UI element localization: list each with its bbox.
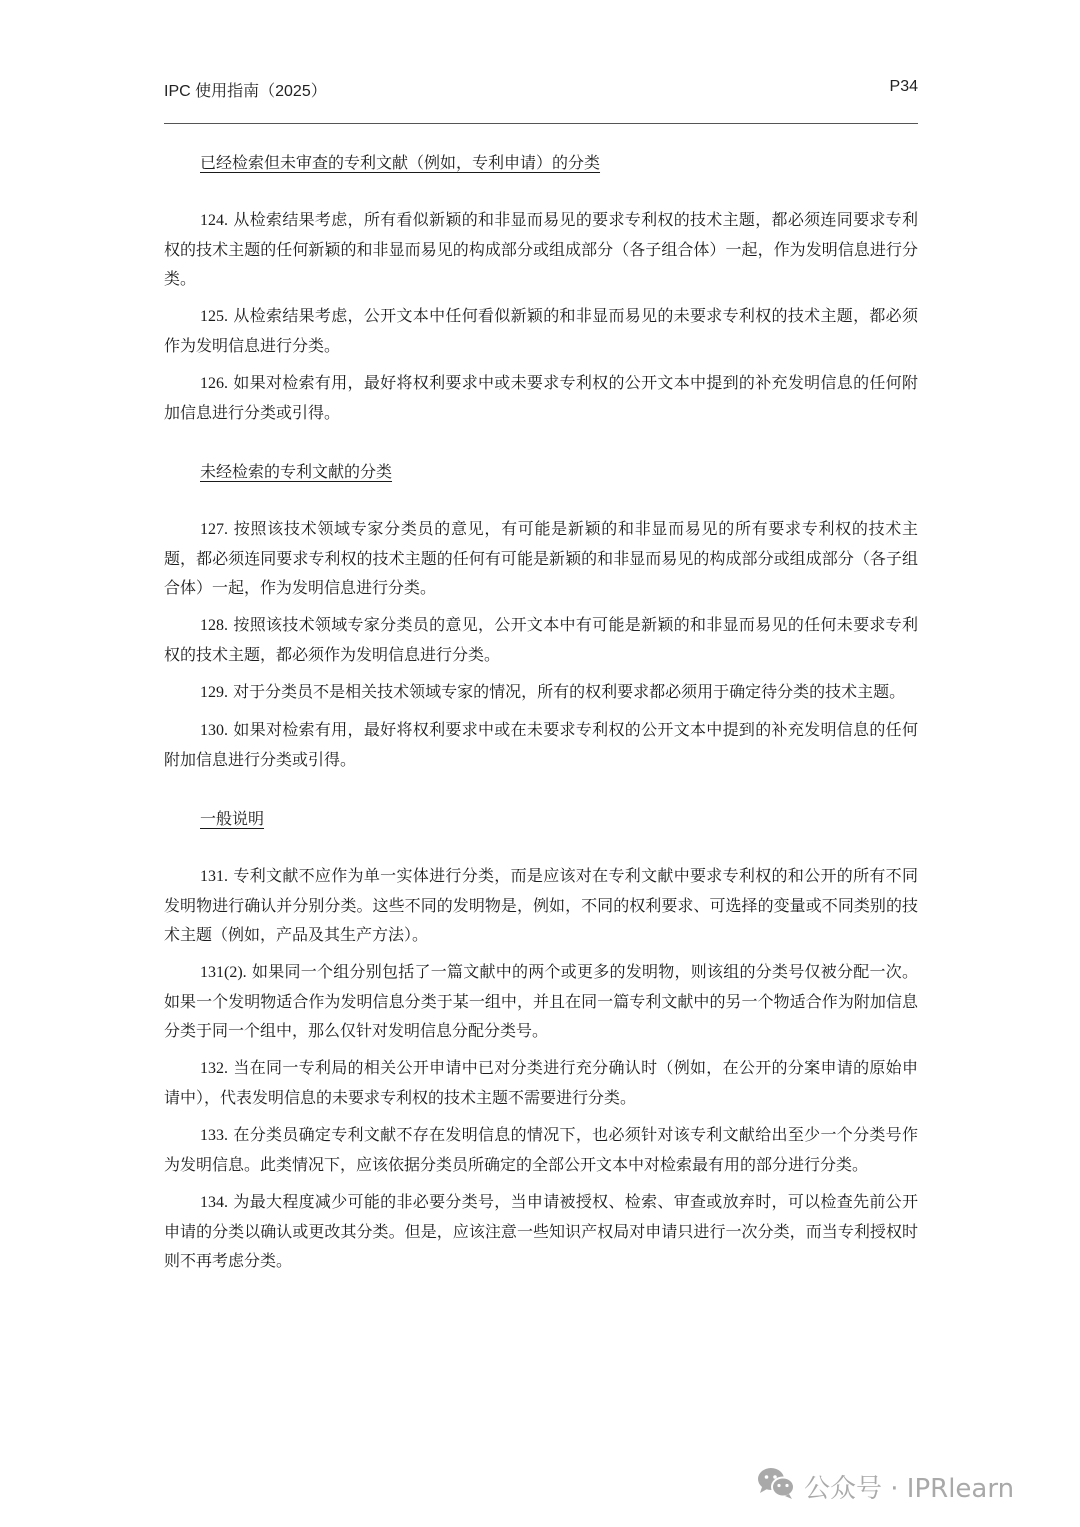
paragraph-129: 129. 对于分类员不是相关技术领域专家的情况，所有的权利要求都必须用于确定待分…: [164, 677, 918, 707]
section-heading: 一般说明: [200, 804, 918, 833]
paragraph-131: 131. 专利文献不应作为单一实体进行分类，而是应该对在专利文献中要求专利权的和…: [164, 861, 918, 949]
section-spacer: [164, 435, 918, 457]
paragraph-130: 130. 如果对检索有用，最好将权利要求中或在未要求专利权的公开文本中提到的补充…: [164, 715, 918, 774]
paragraph-133: 133. 在分类员确定专利文献不存在发明信息的情况下，也必须针对该专利文献给出至…: [164, 1120, 918, 1179]
paragraph-128: 128. 按照该技术领域专家分类员的意见，公开文本中有可能是新颖的和非显而易见的…: [164, 610, 918, 669]
page-number: P34: [890, 78, 918, 96]
section-spacer: [164, 782, 918, 804]
watermark: 公众号 · IPRlearn: [756, 1466, 1014, 1506]
document-body: 已经检索但未审查的专利文献（例如，专利申请）的分类 124. 从检索结果考虑，所…: [164, 148, 918, 1283]
paragraph-125: 125. 从检索结果考虑，公开文本中任何看似新颖的和非显而易见的未要求专利权的技…: [164, 301, 918, 360]
paragraph-126: 126. 如果对检索有用，最好将权利要求中或未要求专利权的公开文本中提到的补充发…: [164, 368, 918, 427]
section-heading: 已经检索但未审查的专利文献（例如，专利申请）的分类: [200, 148, 918, 177]
paragraph-131-2: 131(2). 如果同一个组分别包括了一篇文献中的两个或更多的发明物，则该组的分…: [164, 957, 918, 1045]
wechat-icon: [756, 1466, 804, 1507]
paragraph-124: 124. 从检索结果考虑，所有看似新颖的和非显而易见的要求专利权的技术主题，都必…: [164, 205, 918, 293]
section-heading: 未经检索的专利文献的分类: [200, 457, 918, 486]
header-divider: [164, 123, 918, 124]
document-title: IPC 使用指南（2025）: [164, 78, 327, 101]
page-header: IPC 使用指南（2025） P34: [164, 78, 918, 104]
paragraph-134: 134. 为最大程度减少可能的非必要分类号，当申请被授权、检索、审查或放弃时，可…: [164, 1187, 918, 1275]
watermark-text: 公众号 · IPRlearn: [804, 1468, 1014, 1505]
paragraph-132: 132. 当在同一专利局的相关公开申请中已对分类进行充分确认时（例如，在公开的分…: [164, 1053, 918, 1112]
paragraph-127: 127. 按照该技术领域专家分类员的意见，有可能是新颖的和非显而易见的所有要求专…: [164, 514, 918, 602]
